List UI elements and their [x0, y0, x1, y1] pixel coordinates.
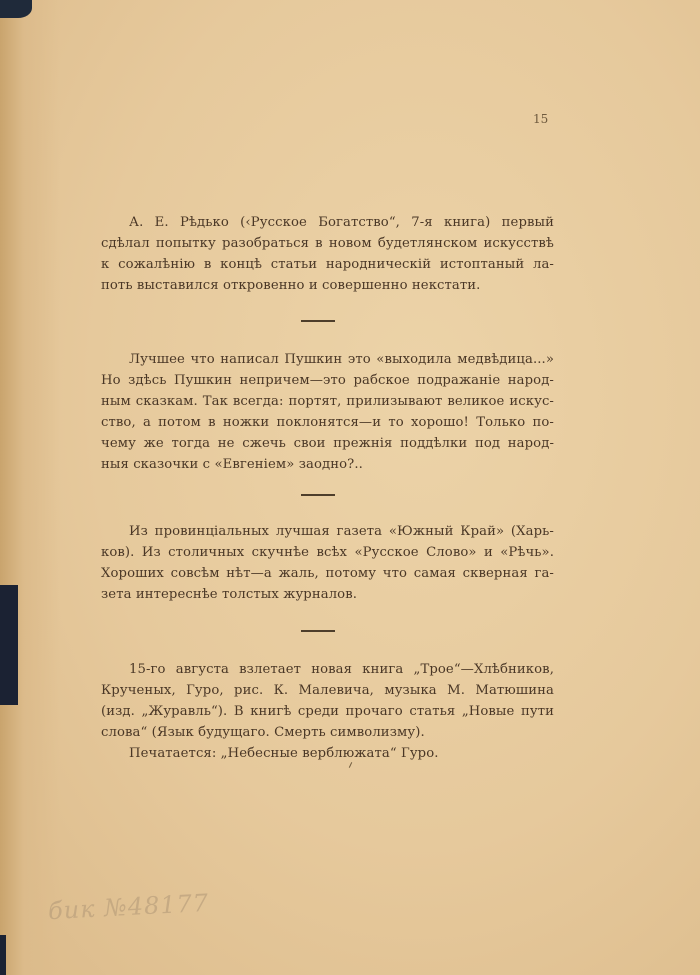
paragraph-newspapers: Из провинціальных лучшая газета «Южный К…: [101, 521, 554, 605]
text-line: (изд. „Журавль“). В книгѣ среди прочаго …: [101, 701, 554, 722]
section-separator: [301, 320, 335, 322]
text-line: слова“ (Язык будущаго. Смерть символизму…: [101, 722, 554, 743]
text-line: А. Е. Рѣдько (‹Русское Богатство“, 7-я к…: [101, 212, 554, 233]
paragraph-pushkin: Лучшее что написал Пушкин это «выходила …: [101, 349, 554, 475]
text-line: Лучшее что написал Пушкин это «выходила …: [101, 349, 554, 370]
text-line: 15-го августа взлетает новая книга „Трое…: [101, 659, 554, 680]
text-line: сдѣлал попытку разобраться в новом будет…: [101, 233, 554, 254]
text-line: ство, а потом в ножки поклонятся—и то хо…: [101, 412, 554, 433]
text-line: ков). Из столичных скучнѣе всѣх «Русское…: [101, 542, 554, 563]
book-page: 15 А. Е. Рѣдько (‹Русское Богатство“, 7-…: [0, 0, 700, 975]
section-separator: [301, 630, 335, 632]
scan-background-tab: [0, 585, 18, 705]
text-line: Хороших совсѣм нѣт—а жаль, потому что са…: [101, 563, 554, 584]
page-edge-shadow: [0, 0, 60, 975]
library-stamp: бик №48177: [47, 889, 209, 925]
text-line: к сожалѣнію в концѣ статьи народническій…: [101, 254, 554, 275]
text-line: Печатается: „Небесные верблюжата“ Гуро.: [101, 743, 554, 764]
section-separator: [301, 494, 335, 496]
text-line: ныя сказочки с «Евгеніем» заодно?..: [101, 454, 554, 475]
text-line: чему же тогда не сжечь свои прежнія подд…: [101, 433, 554, 454]
page-number: 15: [533, 112, 548, 126]
text-line: зета интереснѣе толстых журналов.: [101, 584, 554, 605]
paragraph-troe: 15-го августа взлетает новая книга „Трое…: [101, 659, 554, 764]
scan-background-corner: [0, 0, 32, 18]
text-line: Из провинціальных лучшая газета «Южный К…: [101, 521, 554, 542]
paragraph-redko: А. Е. Рѣдько (‹Русское Богатство“, 7-я к…: [101, 212, 554, 296]
text-line: Крученых, Гуро, рис. К. Малевича, музыка…: [101, 680, 554, 701]
scan-background-bottom: [0, 935, 6, 975]
text-line: Но здѣсь Пушкин непричем—это рабское под…: [101, 370, 554, 391]
text-line: ным сказкам. Так всегда: портят, прилизы…: [101, 391, 554, 412]
text-line: поть выставился откровенно и совершенно …: [101, 275, 554, 296]
